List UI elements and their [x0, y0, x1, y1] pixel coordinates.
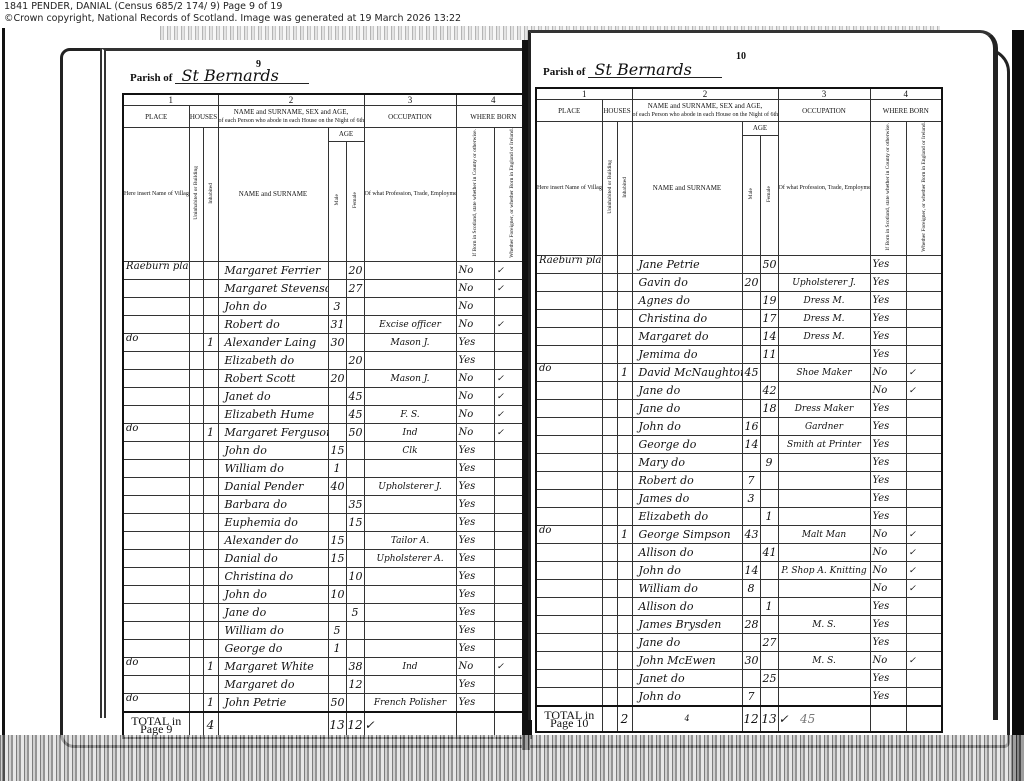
- check-mark-icon: ✓: [497, 320, 505, 330]
- occupation-cell: [778, 490, 870, 508]
- male-age-cell: 30: [742, 652, 760, 670]
- name-cell: Robert do: [218, 316, 328, 334]
- place-cell: do: [123, 424, 189, 442]
- occupation-cell: Malt Man: [778, 526, 870, 544]
- inhabited-cell: [203, 586, 218, 604]
- table-row: Janet do25Yes: [536, 670, 942, 688]
- female-age-cell: 35: [346, 496, 364, 514]
- table-row: Barbara do35Yes: [123, 496, 531, 514]
- inhabited-cell: 1: [203, 658, 218, 676]
- occupation-cell: [778, 508, 870, 526]
- place-cell: [123, 568, 189, 586]
- male-age-cell: [742, 634, 760, 652]
- occupation-subheader: Of what Profession, Trade, Employment, o…: [364, 128, 456, 262]
- born-foreign-header: Whether Foreigner, or whether Born in En…: [906, 122, 942, 256]
- caption-copyright: ©Crown copyright, National Records of Sc…: [4, 13, 461, 25]
- male-age-cell: [742, 346, 760, 364]
- name-group-header: NAME and SURNAME, SEX and AGE,of each Pe…: [632, 100, 778, 122]
- uninhabited-cell: [189, 532, 203, 550]
- occupation-cell: [778, 256, 870, 274]
- place-cell: do: [536, 526, 602, 544]
- col-number-3: 3: [778, 88, 870, 100]
- name-cell: Euphemia do: [218, 514, 328, 532]
- inhabited-cell: [203, 550, 218, 568]
- inhabited-cell: [203, 568, 218, 586]
- uninhabited-cell: [189, 370, 203, 388]
- male-age-cell: [742, 544, 760, 562]
- born-foreign-cell: [906, 490, 942, 508]
- born-foreign-cell: [906, 670, 942, 688]
- male-age-cell: 15: [328, 532, 346, 550]
- col-number-3: 3: [364, 94, 456, 106]
- check-mark-icon: ✓: [497, 392, 505, 402]
- parish-name: St Bernards: [588, 63, 721, 78]
- name-cell: John do: [632, 562, 742, 580]
- place-cell: [536, 400, 602, 418]
- male-age-cell: 3: [328, 298, 346, 316]
- inhabited-cell: [203, 388, 218, 406]
- occupation-cell: Upholsterer J.: [778, 274, 870, 292]
- born-foreign-cell: [906, 472, 942, 490]
- male-age-cell: [742, 382, 760, 400]
- table-row: Elizabeth do20Yes: [123, 352, 531, 370]
- name-cell: Robert do: [632, 472, 742, 490]
- name-cell: William do: [218, 460, 328, 478]
- born-scotland-cell: Yes: [870, 598, 906, 616]
- female-age-cell: 20: [346, 352, 364, 370]
- age-header: AGE: [328, 128, 364, 142]
- uninhabited-cell: [602, 688, 617, 706]
- table-row: Mary do9Yes: [536, 454, 942, 472]
- parish-label: Parish of: [130, 72, 172, 84]
- inhabited-cell: 1: [617, 364, 632, 382]
- name-cell: Allison do: [632, 598, 742, 616]
- born-scotland-header: If Born in Scotland, state whether in Co…: [456, 128, 494, 262]
- table-row: John McEwen30M. S.No✓: [536, 652, 942, 670]
- born-scotland-cell: Yes: [456, 622, 494, 640]
- occupation-cell: Dress M.: [778, 328, 870, 346]
- born-scotland-cell: Yes: [870, 454, 906, 472]
- male-age-cell: [742, 508, 760, 526]
- total-label: TOTAL in Page 10: [536, 706, 602, 732]
- occupation-cell: Excise officer: [364, 316, 456, 334]
- place-subheader: Here insert Name of Village, Street, Squ…: [536, 122, 602, 256]
- place-cell: [536, 454, 602, 472]
- table-row: do1Alexander Laing30Mason J.Yes: [123, 334, 531, 352]
- check-mark-icon: ✓: [497, 428, 505, 438]
- born-scotland-cell: Yes: [870, 616, 906, 634]
- name-cell: Danial Pender: [218, 478, 328, 496]
- table-row: William do1Yes: [123, 460, 531, 478]
- male-age-cell: 45: [742, 364, 760, 382]
- uninhabited-cell: [189, 460, 203, 478]
- inhabited-cell: [617, 598, 632, 616]
- place-cell: [536, 274, 602, 292]
- place-cell: [536, 598, 602, 616]
- female-age-cell: [346, 298, 364, 316]
- female-age-cell: 1: [760, 508, 778, 526]
- born-scotland-cell: No: [456, 280, 494, 298]
- check-mark-icon: ✓: [497, 266, 505, 276]
- parish-heading: Parish of St Bernards: [543, 63, 722, 78]
- born-scotland-cell: Yes: [870, 256, 906, 274]
- born-foreign-cell: [906, 688, 942, 706]
- place-header: PLACE: [536, 100, 602, 122]
- female-age-cell: [760, 418, 778, 436]
- place-cell: [123, 388, 189, 406]
- inhabited-cell: [203, 460, 218, 478]
- inhabited-cell: 1: [203, 694, 218, 712]
- table-row: Raeburn placeMargaret Ferrier20No✓: [123, 262, 531, 280]
- inhabited-cell: [203, 532, 218, 550]
- check-mark-icon: ✓: [497, 410, 505, 420]
- uninhabited-cell: [602, 508, 617, 526]
- place-cell: [536, 634, 602, 652]
- age-header: AGE: [742, 122, 778, 136]
- inhabited-cell: [617, 490, 632, 508]
- inhabited-cell: [203, 604, 218, 622]
- name-cell: William do: [632, 580, 742, 598]
- name-cell: John do: [218, 586, 328, 604]
- uninhabited-cell: [189, 514, 203, 532]
- uninhabited-cell: [602, 418, 617, 436]
- name-cell: John do: [218, 442, 328, 460]
- born-scotland-cell: No: [870, 382, 906, 400]
- born-scotland-cell: Yes: [870, 328, 906, 346]
- table-row: Robert Scott20Mason J.No✓: [123, 370, 531, 388]
- born-scotland-cell: Yes: [870, 310, 906, 328]
- uninhabited-cell: [189, 388, 203, 406]
- parish-heading: Parish of St Bernards: [130, 69, 309, 84]
- inhabited-cell: [203, 442, 218, 460]
- place-cell: [536, 562, 602, 580]
- table-row: Elizabeth Hume45F. S.No✓: [123, 406, 531, 424]
- place-cell: [123, 622, 189, 640]
- table-row: Margaret Stevenson27No✓: [123, 280, 531, 298]
- place-cell: [123, 550, 189, 568]
- name-cell: Christina do: [218, 568, 328, 586]
- place-cell: [123, 532, 189, 550]
- born-foreign-cell: [906, 418, 942, 436]
- occupation-cell: [364, 496, 456, 514]
- male-header: Male: [742, 136, 760, 256]
- female-age-cell: 41: [760, 544, 778, 562]
- female-age-cell: 14: [760, 328, 778, 346]
- male-age-cell: [328, 406, 346, 424]
- uninhabited-cell: [189, 604, 203, 622]
- place-cell: [536, 292, 602, 310]
- place-cell: [536, 490, 602, 508]
- name-cell: Elizabeth do: [632, 508, 742, 526]
- male-age-cell: 5: [328, 622, 346, 640]
- where-born-header: WHERE BORN: [456, 106, 531, 128]
- name-cell: Allison do: [632, 544, 742, 562]
- female-age-cell: [346, 640, 364, 658]
- table-row: Jane do5Yes: [123, 604, 531, 622]
- name-cell: Jane do: [218, 604, 328, 622]
- inhabited-cell: [203, 640, 218, 658]
- male-age-cell: [328, 352, 346, 370]
- male-age-cell: [742, 328, 760, 346]
- table-row: Janet do45No✓: [123, 388, 531, 406]
- born-scotland-cell: No: [456, 406, 494, 424]
- name-cell: Christina do: [632, 310, 742, 328]
- born-scotland-cell: Yes: [456, 586, 494, 604]
- check-mark-icon: ✓: [909, 386, 917, 396]
- female-age-cell: 27: [346, 280, 364, 298]
- occupation-cell: M. S.: [778, 616, 870, 634]
- occupation-cell: Dress M.: [778, 310, 870, 328]
- scan-noise-bottom: [0, 735, 1024, 781]
- born-foreign-cell: ✓: [906, 526, 942, 544]
- female-age-cell: [346, 532, 364, 550]
- uninhabited-cell: [189, 280, 203, 298]
- occupation-cell: [778, 598, 870, 616]
- occupation-cell: [364, 388, 456, 406]
- table-row: George do14Smith at PrinterYes: [536, 436, 942, 454]
- occupation-cell: [364, 514, 456, 532]
- male-age-cell: [742, 454, 760, 472]
- name-cell: Margaret White: [218, 658, 328, 676]
- table-row: Margaret do12Yes: [123, 676, 531, 694]
- table-row: John do3No: [123, 298, 531, 316]
- table-row: Allison do41No✓: [536, 544, 942, 562]
- occupation-cell: [778, 472, 870, 490]
- female-age-cell: [760, 688, 778, 706]
- census-table-right: 1 2 3 4 PLACE HOUSES NAME and SURNAME, S…: [535, 87, 943, 733]
- houses-header: HOUSES: [602, 100, 632, 122]
- name-cell: James do: [632, 490, 742, 508]
- uninhabited-cell: [602, 400, 617, 418]
- inhabited-cell: [617, 634, 632, 652]
- uninhabited-cell: [602, 670, 617, 688]
- place-subheader: Here insert Name of Village, Street, Squ…: [123, 128, 189, 262]
- born-foreign-cell: [906, 616, 942, 634]
- uninhabited-cell: [602, 256, 617, 274]
- inhabited-cell: [203, 352, 218, 370]
- female-age-cell: 15: [346, 514, 364, 532]
- total-check-mark: ✓: [364, 712, 456, 738]
- name-cell: Elizabeth do: [218, 352, 328, 370]
- uninhabited-cell: [602, 382, 617, 400]
- female-age-cell: [346, 334, 364, 352]
- total-male: 12: [742, 706, 760, 732]
- occupation-cell: [364, 298, 456, 316]
- born-foreign-cell: ✓: [906, 382, 942, 400]
- table-row: John do7Yes: [536, 688, 942, 706]
- female-age-cell: 9: [760, 454, 778, 472]
- total-male: 13: [328, 712, 346, 738]
- name-cell: Alexander do: [218, 532, 328, 550]
- scan-edge-right: [1012, 30, 1024, 781]
- born-scotland-cell: Yes: [456, 676, 494, 694]
- male-age-cell: [742, 310, 760, 328]
- born-foreign-cell: ✓: [906, 544, 942, 562]
- name-cell: Jane do: [632, 382, 742, 400]
- inhabited-cell: [617, 580, 632, 598]
- uninhabited-cell: [602, 544, 617, 562]
- female-age-cell: [760, 436, 778, 454]
- male-age-cell: 31: [328, 316, 346, 334]
- born-foreign-cell: ✓: [906, 652, 942, 670]
- place-cell: [123, 298, 189, 316]
- occupation-cell: [778, 454, 870, 472]
- occupation-cell: Ind: [364, 424, 456, 442]
- female-age-cell: 17: [760, 310, 778, 328]
- col-number-2: 2: [218, 94, 364, 106]
- male-age-cell: [328, 388, 346, 406]
- occupation-cell: Ind: [364, 658, 456, 676]
- born-scotland-cell: Yes: [456, 352, 494, 370]
- inhabited-cell: [617, 418, 632, 436]
- uninhabited-cell: [602, 364, 617, 382]
- table-row: do1George Simpson43Malt ManNo✓: [536, 526, 942, 544]
- occupation-cell: [364, 280, 456, 298]
- table-row: Allison do1Yes: [536, 598, 942, 616]
- male-age-cell: [328, 514, 346, 532]
- name-surname-header: NAME and SURNAME: [218, 128, 328, 262]
- inhabited-cell: [617, 670, 632, 688]
- place-header: PLACE: [123, 106, 189, 128]
- born-scotland-cell: Yes: [870, 346, 906, 364]
- female-age-cell: [760, 274, 778, 292]
- born-scotland-cell: No: [870, 580, 906, 598]
- female-age-cell: [760, 364, 778, 382]
- name-cell: Jane do: [632, 400, 742, 418]
- female-age-cell: 25: [760, 670, 778, 688]
- born-scotland-cell: No: [456, 370, 494, 388]
- place-cell: [536, 382, 602, 400]
- born-foreign-cell: [906, 436, 942, 454]
- uninhabited-cell: [189, 496, 203, 514]
- female-age-cell: 50: [760, 256, 778, 274]
- inhabited-cell: [617, 400, 632, 418]
- occupation-cell: M. S.: [778, 652, 870, 670]
- name-cell: David McNaughton: [632, 364, 742, 382]
- parish-name: St Bernards: [175, 69, 308, 84]
- census-rows: Raeburn placeJane Petrie50YesGavin do20U…: [536, 256, 942, 706]
- occupation-cell: Mason J.: [364, 334, 456, 352]
- uninhabited-cell: [602, 652, 617, 670]
- born-scotland-cell: Yes: [870, 472, 906, 490]
- male-age-cell: 30: [328, 334, 346, 352]
- name-cell: Janet do: [218, 388, 328, 406]
- place-cell: do: [536, 364, 602, 382]
- table-row: do1Margaret Ferguson50IndNo✓: [123, 424, 531, 442]
- image-caption: 1841 PENDER, DANIAL (Census 685/2 174/ 9…: [4, 1, 461, 25]
- table-row: Jane do27Yes: [536, 634, 942, 652]
- uninhabited-header: Uninhabited or Building: [189, 128, 203, 262]
- occupation-cell: Upholsterer J.: [364, 478, 456, 496]
- total-inhabited: 4: [203, 712, 218, 738]
- col-number-1: 1: [123, 94, 218, 106]
- uninhabited-cell: [189, 298, 203, 316]
- uninhabited-cell: [602, 580, 617, 598]
- inhabited-cell: 1: [203, 334, 218, 352]
- born-scotland-cell: Yes: [456, 478, 494, 496]
- col-number-4: 4: [456, 94, 531, 106]
- born-scotland-cell: Yes: [456, 514, 494, 532]
- female-header: Female: [760, 136, 778, 256]
- female-age-cell: [760, 616, 778, 634]
- male-age-cell: [328, 676, 346, 694]
- inhabited-cell: [617, 508, 632, 526]
- name-cell: George Simpson: [632, 526, 742, 544]
- name-surname-header: NAME and SURNAME: [632, 122, 742, 256]
- uninhabited-cell: [189, 640, 203, 658]
- page-number: 10: [736, 51, 746, 62]
- place-cell: [123, 514, 189, 532]
- place-cell: do: [123, 334, 189, 352]
- male-age-cell: [742, 670, 760, 688]
- uninhabited-cell: [189, 658, 203, 676]
- inhabited-cell: [203, 514, 218, 532]
- occupation-cell: [364, 676, 456, 694]
- occupation-cell: French Polisher: [364, 694, 456, 712]
- born-scotland-cell: No: [456, 316, 494, 334]
- name-cell: Elizabeth Hume: [218, 406, 328, 424]
- female-age-cell: 20: [346, 262, 364, 280]
- female-age-cell: [760, 580, 778, 598]
- born-scotland-cell: Yes: [456, 568, 494, 586]
- total-inhabited: 2: [617, 706, 632, 732]
- born-foreign-cell: ✓: [906, 562, 942, 580]
- uninhabited-cell: [189, 694, 203, 712]
- female-age-cell: 42: [760, 382, 778, 400]
- name-cell: John do: [218, 298, 328, 316]
- female-age-cell: [760, 652, 778, 670]
- occupation-header: OCCUPATION: [364, 106, 456, 128]
- female-age-cell: [760, 562, 778, 580]
- male-age-cell: [328, 262, 346, 280]
- left-page: 9 Parish of St Bernards 1 2 3 4 PLACE HO…: [100, 48, 528, 718]
- table-row: William do8No✓: [536, 580, 942, 598]
- inhabited-cell: [203, 406, 218, 424]
- female-age-cell: 11: [760, 346, 778, 364]
- female-age-cell: 10: [346, 568, 364, 586]
- male-age-cell: [742, 400, 760, 418]
- place-cell: [536, 346, 602, 364]
- place-cell: [123, 316, 189, 334]
- name-cell: Gavin do: [632, 274, 742, 292]
- occupation-cell: [364, 604, 456, 622]
- inhabited-cell: [203, 622, 218, 640]
- female-header: Female: [346, 142, 364, 262]
- inhabited-header: Inhabited: [203, 128, 218, 262]
- female-age-cell: 45: [346, 388, 364, 406]
- born-scotland-cell: No: [870, 544, 906, 562]
- male-age-cell: 3: [742, 490, 760, 508]
- inhabited-header: Inhabited: [617, 122, 632, 256]
- table-row: Alexander do15Tailor A.Yes: [123, 532, 531, 550]
- occupation-cell: [778, 580, 870, 598]
- inhabited-cell: [617, 382, 632, 400]
- female-age-cell: 50: [346, 424, 364, 442]
- name-cell: Jane do: [632, 634, 742, 652]
- male-age-cell: 15: [328, 442, 346, 460]
- born-scotland-cell: Yes: [456, 640, 494, 658]
- name-cell: Jane Petrie: [632, 256, 742, 274]
- born-scotland-cell: Yes: [456, 334, 494, 352]
- female-age-cell: [346, 478, 364, 496]
- uninhabited-cell: [602, 472, 617, 490]
- table-row: Christina do10Yes: [123, 568, 531, 586]
- place-cell: [123, 496, 189, 514]
- male-age-cell: 50: [328, 694, 346, 712]
- occupation-cell: Dress Maker: [778, 400, 870, 418]
- name-cell: John Petrie: [218, 694, 328, 712]
- inhabited-cell: [203, 496, 218, 514]
